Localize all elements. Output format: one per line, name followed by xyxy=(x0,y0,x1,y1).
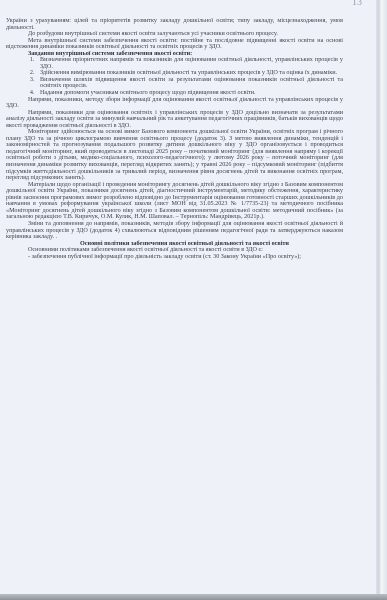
task-item: Визначення шляхів підвищення якості осві… xyxy=(36,77,343,90)
page-edge-shadow xyxy=(378,0,387,600)
paragraph-intro-continuation: України з урахуванням: цілей та пріорите… xyxy=(6,18,343,31)
task-item: Визначення пріоритетних напрямів та пока… xyxy=(36,57,343,70)
document-body: України з урахуванням: цілей та пріорите… xyxy=(6,18,343,260)
document-page: 13 України з урахуванням: цілей та пріор… xyxy=(0,0,378,597)
paragraph-directions: Напрями, показники, методу збори інформа… xyxy=(6,97,343,110)
paragraph-changes: Зміни та доповнення до напрямів, показни… xyxy=(6,221,343,241)
paragraph-policy-1: - забезпечення публічної інформації про … xyxy=(6,254,343,261)
paragraph-directions-detail: Напрями, показники для оцінювання освітн… xyxy=(6,110,343,130)
tasks-list: Визначення пріоритетних напрямів та пока… xyxy=(6,57,343,96)
paragraph-materials: Матеріали щодо організації і проведення … xyxy=(6,182,343,221)
paragraph-goal: Мета внутрішньої системи забезпечення як… xyxy=(6,38,343,51)
page-number: 13 xyxy=(352,0,362,8)
task-item: Здійснення вимірювання показників освітн… xyxy=(36,70,343,77)
paragraph-monitoring: Моніторинг здійснюється на основі вимог … xyxy=(6,129,343,181)
page-bottom-shadow xyxy=(0,594,387,600)
